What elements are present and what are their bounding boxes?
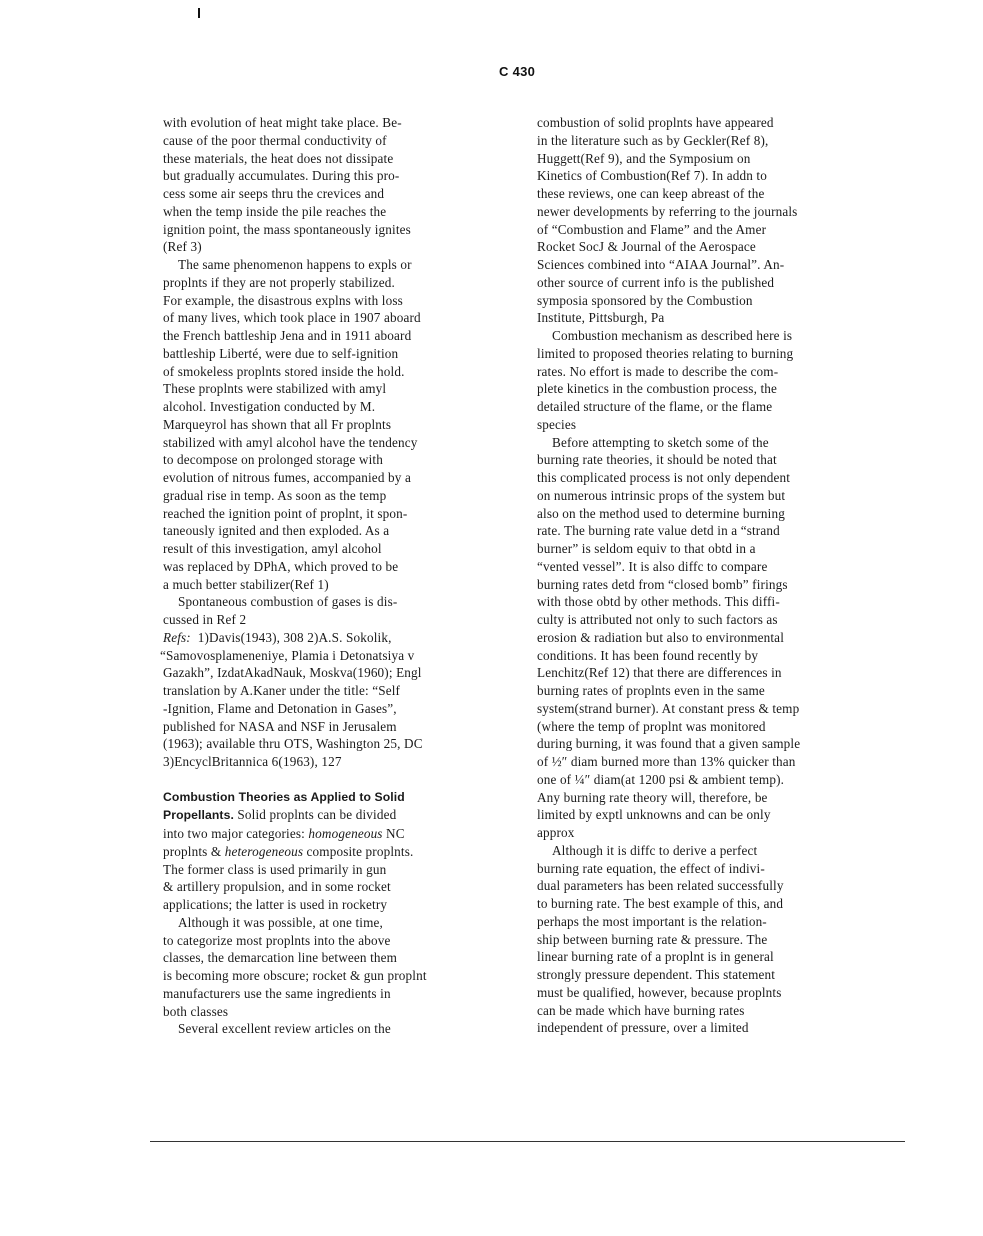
text-line: species <box>537 416 877 434</box>
text-line: “vented vessel”. It is also diffc to com… <box>537 558 877 576</box>
text-line: Gazakh”, IzdatAkadNauk, Moskva(1960); En… <box>163 664 493 682</box>
text-line: limited by exptl unknowns and can be onl… <box>537 806 877 824</box>
text-line: Solid proplnts can be divided <box>234 807 396 822</box>
text-line: conditions. It has been found recently b… <box>537 647 877 665</box>
text-line: burning rate equation, the effect of ind… <box>537 860 877 878</box>
text-line: Marqueyrol has shown that all Fr proplnt… <box>163 416 493 434</box>
text-line: with evolution of heat might take place.… <box>163 114 493 132</box>
text-line: when the temp inside the pile reaches th… <box>163 203 493 221</box>
text-fragment: composite proplnts. <box>303 844 413 859</box>
paragraph-stabilization: The same phenomenon happens to expls or … <box>163 256 493 593</box>
text-line: burning rates of proplnts even in the sa… <box>537 682 877 700</box>
text-line: classes, the demarcation line between th… <box>163 949 493 967</box>
text-line: Rocket SocJ & Journal of the Aerospace <box>537 238 877 256</box>
text-line: to burning rate. The best example of thi… <box>537 895 877 913</box>
text-line: but gradually accumulates. During this p… <box>163 167 493 185</box>
text-line: cess some air seeps thru the crevices an… <box>163 185 493 203</box>
text-line: Although it was possible, at one time, <box>163 914 493 932</box>
text-line: Sciences combined into “AIAA Journal”. A… <box>537 256 877 274</box>
text-line: these reviews, one can keep abreast of t… <box>537 185 877 203</box>
text-line: Any burning rate theory will, therefore,… <box>537 789 877 807</box>
refs-label: Refs: <box>163 630 191 645</box>
text-line: in the literature such as by Geckler(Ref… <box>537 132 877 150</box>
text-line: published for NASA and NSF in Jerusalem <box>163 718 493 736</box>
text-line: -Ignition, Flame and Detonation in Gases… <box>163 700 493 718</box>
text-line: on numerous intrinsic props of the syste… <box>537 487 877 505</box>
text-line: burning rates detd from “closed bomb” fi… <box>537 576 877 594</box>
text-line: cause of the poor thermal conductivity o… <box>163 132 493 150</box>
text-line: stabilized with amyl alcohol have the te… <box>163 434 493 452</box>
page-edge-mark <box>198 8 200 18</box>
text-line: reached the ignition point of proplnt, i… <box>163 505 493 523</box>
section-combustion-theories: Combustion Theories as Applied to Solid … <box>163 789 493 1039</box>
text-line: erosion & radiation but also to environm… <box>537 629 877 647</box>
text-line: The same phenomenon happens to expls or <box>163 256 493 274</box>
text-line: culty is attributed not only to such fac… <box>537 611 877 629</box>
text-line: Although it is diffc to derive a perfect <box>537 842 877 860</box>
term-homogeneous: homogeneous <box>308 826 382 841</box>
text-line: these materials, the heat does not dissi… <box>163 150 493 168</box>
text-line: result of this investigation, amyl alcoh… <box>163 540 493 558</box>
text-line: ship between burning rate & pressure. Th… <box>537 931 877 949</box>
text-line: manufacturers use the same ingredients i… <box>163 985 493 1003</box>
text-line: can be made which have burning rates <box>537 1002 877 1020</box>
section-heading: Combustion Theories as Applied to Solid <box>163 789 493 807</box>
text-line: of smokeless proplnts stored inside the … <box>163 363 493 381</box>
text-line: a much better stabilizer(Ref 1) <box>163 576 493 594</box>
text-line: during burning, it was found that a give… <box>537 735 877 753</box>
text-line: 3)EncyclBritannica 6(1963), 127 <box>163 753 493 771</box>
text-line: limited to proposed theories relating to… <box>537 345 877 363</box>
text-line: Huggett(Ref 9), and the Symposium on <box>537 150 877 168</box>
text-line: is becoming more obscure; rocket & gun p… <box>163 967 493 985</box>
page-number-header: C 430 <box>499 64 535 79</box>
section-spacer <box>163 771 493 789</box>
paragraph-pressure-dependence: Although it is diffc to derive a perfect… <box>537 842 877 1037</box>
text-line: Before attempting to sketch some of the <box>537 434 877 452</box>
text-line: the French battleship Jena and in 1911 a… <box>163 327 493 345</box>
text-line: ignition point, the mass spontaneously i… <box>163 221 493 239</box>
text-line: (Ref 3) <box>163 238 493 256</box>
references-block: Refs: 1)Davis(1943), 308 2)A.S. Sokolik,… <box>163 629 493 771</box>
text-line: taneously ignited and then exploded. As … <box>163 522 493 540</box>
text-line: (1963); available thru OTS, Washington 2… <box>163 735 493 753</box>
text-line: cussed in Ref 2 <box>163 611 493 629</box>
text-line: translation by A.Kaner under the title: … <box>163 682 493 700</box>
text-line: For example, the disastrous explns with … <box>163 292 493 310</box>
text-line: battleship Liberté, were due to self-ign… <box>163 345 493 363</box>
text-line: newer developments by referring to the j… <box>537 203 877 221</box>
text-line: evolution of nitrous fumes, accompanied … <box>163 469 493 487</box>
text-line: of ½″ diam burned more than 13% quicker … <box>537 753 877 771</box>
text-line: These proplnts were stabilized with amyl <box>163 380 493 398</box>
text-line: combustion of solid proplnts have appear… <box>537 114 877 132</box>
text-line: one of ¼″ diam(at 1200 psi & ambient tem… <box>537 771 877 789</box>
text-line: to decompose on prolonged storage with <box>163 451 493 469</box>
text-line: of many lives, which took place in 1907 … <box>163 309 493 327</box>
text-line: & artillery propulsion, and in some rock… <box>163 878 493 896</box>
paragraph-heat-accumulation: with evolution of heat might take place.… <box>163 114 493 256</box>
text-line: alcohol. Investigation conducted by M. <box>163 398 493 416</box>
section-heading-cont: Propellants. <box>163 808 234 822</box>
text-line: applications; the latter is used in rock… <box>163 896 493 914</box>
text-line: plete kinetics in the combustion process… <box>537 380 877 398</box>
right-column: combustion of solid proplnts have appear… <box>537 114 877 1037</box>
text-line: proplnts if they are not properly stabil… <box>163 274 493 292</box>
text-line: this complicated process is not only dep… <box>537 469 877 487</box>
text-line: dual parameters has been related success… <box>537 877 877 895</box>
text-line: of “Combustion and Flame” and the Amer <box>537 221 877 239</box>
text-line: Lenchitz(Ref 12) that there are differen… <box>537 664 877 682</box>
text-line: other source of current info is the publ… <box>537 274 877 292</box>
text-line: burner” is seldom equiv to that obtd in … <box>537 540 877 558</box>
text-line: approx <box>537 824 877 842</box>
text-line: 1)Davis(1943), 308 2)A.S. Sokolik, <box>198 630 392 645</box>
text-line: with those obtd by other methods. This d… <box>537 593 877 611</box>
paragraph-review-articles: combustion of solid proplnts have appear… <box>537 114 877 327</box>
paragraph-gases: Spontaneous combustion of gases is dis- … <box>163 593 493 629</box>
text-line: Kinetics of Combustion(Ref 7). In addn t… <box>537 167 877 185</box>
left-column: with evolution of heat might take place.… <box>163 114 493 1038</box>
text-line: Spontaneous combustion of gases is dis- <box>163 593 493 611</box>
text-line: must be qualified, however, because prop… <box>537 984 877 1002</box>
text-line: strongly pressure dependent. This statem… <box>537 966 877 984</box>
text-line: rate. The burning rate value detd in a “… <box>537 522 877 540</box>
text-line: Institute, Pittsburgh, Pa <box>537 309 877 327</box>
text-line: detailed structure of the flame, or the … <box>537 398 877 416</box>
text-line: rates. No effort is made to describe the… <box>537 363 877 381</box>
text-line: independent of pressure, over a limited <box>537 1019 877 1037</box>
text-fragment: NC <box>383 826 405 841</box>
text-line: gradual rise in temp. As soon as the tem… <box>163 487 493 505</box>
text-line: system(strand burner). At constant press… <box>537 700 877 718</box>
term-heterogeneous: heterogeneous <box>225 844 303 859</box>
text-line: The former class is used primarily in gu… <box>163 861 493 879</box>
text-line: Several excellent review articles on the <box>163 1020 493 1038</box>
text-line: symposia sponsored by the Combustion <box>537 292 877 310</box>
text-line: perhaps the most important is the relati… <box>537 913 877 931</box>
text-line: to categorize most proplnts into the abo… <box>163 932 493 950</box>
text-line: “Samovosplameneniye, Plamia i Detonatsiy… <box>160 647 493 665</box>
text-line: Combustion mechanism as described here i… <box>537 327 877 345</box>
text-line: linear burning rate of a proplnt is in g… <box>537 948 877 966</box>
footer-rule <box>150 1141 905 1142</box>
text-line: (where the temp of proplnt was monitored <box>537 718 877 736</box>
text-line: also on the method used to determine bur… <box>537 505 877 523</box>
text-line: burning rate theories, it should be note… <box>537 451 877 469</box>
paragraph-combustion-mechanism: Combustion mechanism as described here i… <box>537 327 877 434</box>
text-fragment: into two major categories: <box>163 826 308 841</box>
text-line: was replaced by DPhA, which proved to be <box>163 558 493 576</box>
paragraph-burning-rate-theories: Before attempting to sketch some of the … <box>537 434 877 842</box>
text-line: both classes <box>163 1003 493 1021</box>
text-fragment: proplnts & <box>163 844 225 859</box>
